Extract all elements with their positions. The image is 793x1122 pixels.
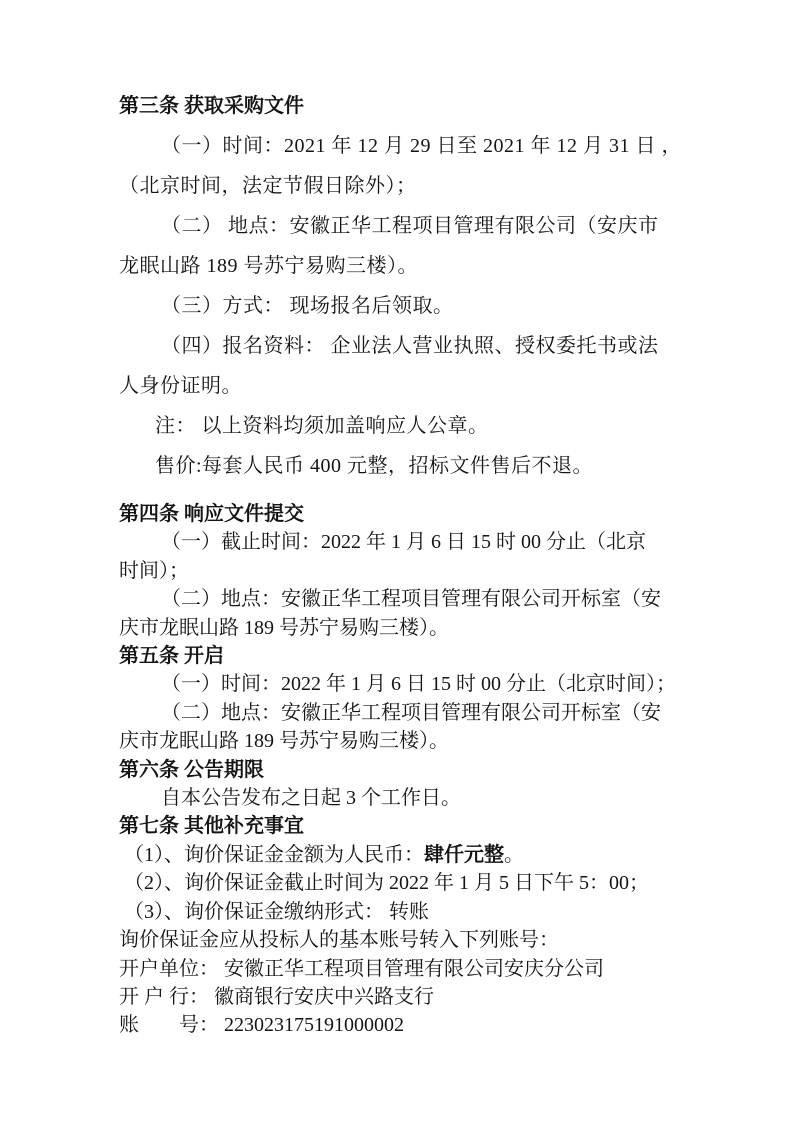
article-3-materials: （四）报名资料： 企业法人营业执照、授权委托书或法 人身份证明。 xyxy=(119,326,691,406)
article-6-period: 自本公告发布之日起 3 个工作日。 xyxy=(119,784,691,812)
deposit-amount-bold: 肆仟元整 xyxy=(424,844,504,866)
article-7-transfer-note: 询价保证金应从投标人的基本账号转入下列账号： xyxy=(119,926,691,954)
deposit-amount-prefix: （1）、询价保证金金额为人民币： xyxy=(124,844,424,866)
account-number-line: 账 号： 223023175191000002 xyxy=(119,1011,691,1039)
section-article-7: 第七条 其他补充事宜 （1）、询价保证金金额为人民币：肆仟元整。 （2）、询价保… xyxy=(119,812,691,1039)
article-4-deadline: （一）截止时间：2022 年 1 月 6 日 15 时 00 分止（北京 时间）… xyxy=(119,528,691,585)
article-3-heading: 第三条 获取采购文件 xyxy=(119,86,691,126)
article-3-location: （二） 地点：安徽正华工程项目管理有限公司（安庆市 龙眠山路 189 号苏宁易购… xyxy=(119,206,691,286)
article-7-deposit-amount: （1）、询价保证金金额为人民币：肆仟元整。 xyxy=(119,841,691,869)
section-article-6: 第六条 公告期限 自本公告发布之日起 3 个工作日。 xyxy=(119,756,691,813)
section-article-4: 第四条 响应文件提交 （一）截止时间：2022 年 1 月 6 日 15 时 0… xyxy=(119,500,691,642)
deposit-amount-suffix: 。 xyxy=(504,844,524,866)
article-3-time: （一）时间：2021 年 12 月 29 日至 2021 年 12 月 31 日… xyxy=(119,126,691,206)
section-article-3: 第三条 获取采购文件 （一）时间：2021 年 12 月 29 日至 2021 … xyxy=(119,86,691,486)
article-5-location: （二）地点：安徽正华工程项目管理有限公司开标室（安 庆市龙眠山路 189 号苏宁… xyxy=(119,699,691,756)
article-3-method: （三）方式： 现场报名后领取。 xyxy=(119,286,691,326)
article-7-heading: 第七条 其他补充事宜 xyxy=(119,812,691,840)
article-3-note: 注： 以上资料均须加盖响应人公章。 xyxy=(119,406,691,446)
article-5-heading: 第五条 开启 xyxy=(119,642,691,670)
article-4-location: （二）地点：安徽正华工程项目管理有限公司开标室（安 庆市龙眠山路 189 号苏宁… xyxy=(119,585,691,642)
page: { "document": { "sections": [ { "heading… xyxy=(0,0,793,1122)
document-body: 第三条 获取采购文件 （一）时间：2021 年 12 月 29 日至 2021 … xyxy=(119,86,691,1040)
article-5-time: （一）时间：2022 年 1 月 6 日 15 时 00 分止（北京时间）； xyxy=(119,670,691,698)
account-holder-line: 开户单位： 安徽正华工程项目管理有限公司安庆分公司 xyxy=(119,955,691,983)
bank-name-line: 开 户 行： 徽商银行安庆中兴路支行 xyxy=(119,983,691,1011)
section-article-5: 第五条 开启 （一）时间：2022 年 1 月 6 日 15 时 00 分止（北… xyxy=(119,642,691,756)
article-4-heading: 第四条 响应文件提交 xyxy=(119,500,691,528)
article-6-heading: 第六条 公告期限 xyxy=(119,756,691,784)
article-3-price: 售价:每套人民币 400 元整，招标文件售后不退。 xyxy=(119,446,691,486)
article-7-deposit-method: （3）、询价保证金缴纳形式： 转账 xyxy=(119,898,691,926)
article-7-deposit-deadline: （2）、询价保证金截止时间为 2022 年 1 月 5 日下午 5：00； xyxy=(119,869,691,897)
